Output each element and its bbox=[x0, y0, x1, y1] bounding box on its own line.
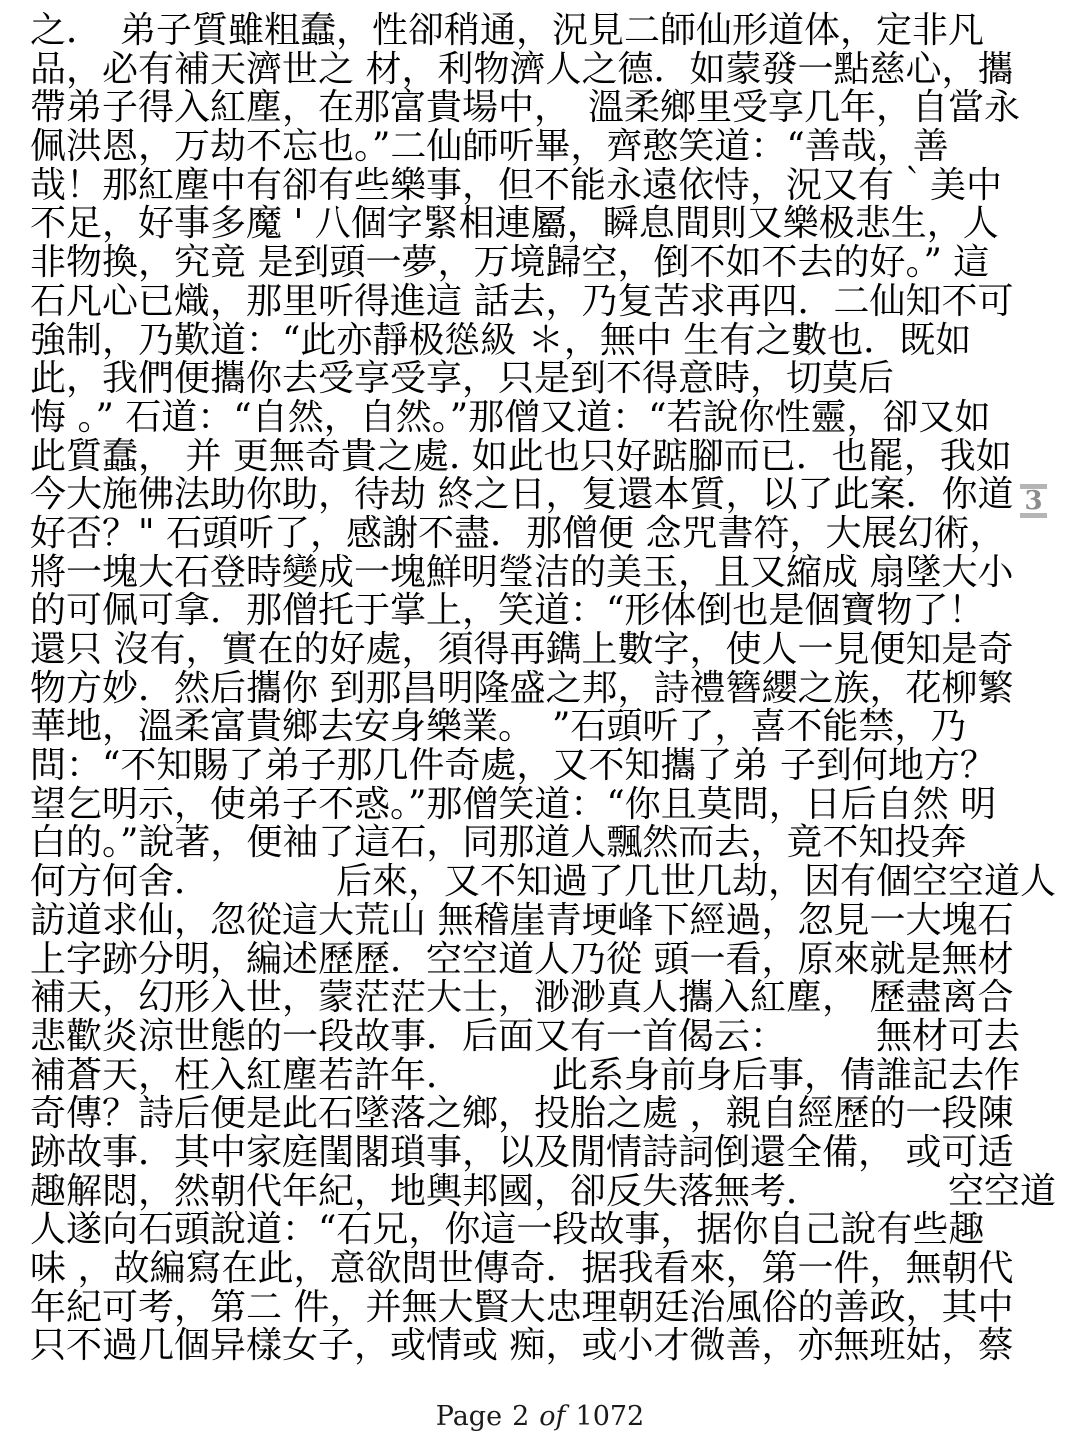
text-line: 還只 沒有，實在的好處，須得再鐫上數字，使人一見便知是奇 bbox=[30, 631, 1060, 670]
page-text: 之． 弟子質雖粗蠢，性卻稍通，況見二師仙形道体，定非凡品，必有補天濟世之 材，利… bbox=[30, 12, 1060, 1366]
text-line: 問：“不知賜了弟子那几件奇處，又不知攜了弟 子到何地方？ bbox=[30, 747, 1060, 786]
text-line: 將一塊大石登時變成一塊鮮明瑩洁的美玉，且又縮成 扇墜大小 bbox=[30, 554, 1060, 593]
text-line: 佩洪恩，万劫不忘也。”二仙師听畢，齊憨笑道：“善哉，善 bbox=[30, 128, 1060, 167]
text-line: 望乞明示，使弟子不惑。”那僧笑道：“你且莫問，日后自然 明 bbox=[30, 786, 1060, 825]
text-line: 的可佩可拿．那僧托于掌上，笑道：“形体倒也是個寶物了！ bbox=[30, 592, 1060, 631]
text-line: 此，我們便攜你去受享受享，只是到不得意時，切莫后 bbox=[30, 360, 1060, 399]
text-line: 悲歡炎涼世態的一段故事．后面又有一首偈云： 無材可去 bbox=[30, 1018, 1060, 1057]
page-footer: Page2of1072 bbox=[0, 1401, 1080, 1432]
text-line: 華地，溫柔富貴鄉去安身樂業。 ”石頭听了，喜不能禁，乃 bbox=[30, 708, 1060, 747]
text-line: 今大施佛法助你助，待劫 終之日，复還本質，以了此案．你道 bbox=[30, 476, 1060, 515]
footer-page-label: Page bbox=[436, 1401, 502, 1432]
text-line: 強制，乃歎道：“此亦靜极慫級 ＊，無中 生有之數也．既如 bbox=[30, 322, 1060, 361]
text-line: 上字跡分明，編述歷歷．空空道人乃從 頭一看，原來就是無材 bbox=[30, 941, 1060, 980]
text-line: 跡故事．其中家庭閨閣瑣事，以及閒情詩詞倒還全備， 或可适 bbox=[30, 1134, 1060, 1173]
text-line: 人遂向石頭說道：“石兄，你這一段故事，据你自己說有些趣 bbox=[30, 1211, 1060, 1250]
text-line: 補天，幻形入世，蒙茫茫大士，渺渺真人攜入紅塵， 歷盡离合 bbox=[30, 979, 1060, 1018]
book-page: 之． 弟子質雖粗蠢，性卻稍通，況見二師仙形道体，定非凡品，必有補天濟世之 材，利… bbox=[0, 0, 1080, 1440]
text-line: 趣解悶，然朝代年紀，地輿邦國，卻反失落無考． 空空道 bbox=[30, 1173, 1060, 1212]
text-line: 不足，好事多魔 ' 八個字緊相連屬，瞬息間則又樂极悲生，人 bbox=[30, 205, 1060, 244]
text-line: 味 ，故編寫在此，意欲問世傳奇．据我看來，第一件，無朝代 bbox=[30, 1250, 1060, 1289]
footnote-marker[interactable]: 3 bbox=[1020, 484, 1047, 518]
text-line: 只不過几個异樣女子，或情或 痴，或小才微善，亦無班姑，蔡 bbox=[30, 1327, 1060, 1366]
text-line: 訪道求仙，忽從這大荒山 無稽崖青埂峰下經過，忽見一大塊石 bbox=[30, 902, 1060, 941]
text-line: 白的。”說著，便袖了這石，同那道人飄然而去，竟不知投奔 bbox=[30, 824, 1060, 863]
text-line: 品，必有補天濟世之 材，利物濟人之德．如蒙發一點慈心，攜 bbox=[30, 51, 1060, 90]
text-line: 之． 弟子質雖粗蠢，性卻稍通，況見二師仙形道体，定非凡 bbox=[30, 12, 1060, 51]
footer-of-word: of bbox=[539, 1401, 565, 1432]
text-line: 好否？" 石頭听了，感謝不盡．那僧便 念咒書符，大展幻術， bbox=[30, 515, 1060, 554]
text-line: 何方何舍． 后來，又不知過了几世几劫，因有個空空道人 bbox=[30, 863, 1060, 902]
footer-total-pages: 1072 bbox=[576, 1401, 645, 1432]
text-line: 非物換，究竟 是到頭一夢，万境歸空，倒不如不去的好。” 這 bbox=[30, 244, 1060, 283]
text-line: 帶弟子得入紅塵，在那富貴場中， 溫柔鄉里受享几年，自當永 bbox=[30, 89, 1060, 128]
text-line: 此質蠢， 并 更無奇貴之處. 如此也只好踮腳而已．也罷，我如 bbox=[30, 438, 1060, 477]
text-line: 補蒼天，枉入紅塵若許年． 此系身前身后事，倩誰記去作 bbox=[30, 1057, 1060, 1096]
text-line: 石凡心已熾，那里听得進這 話去，乃复苦求再四．二仙知不可 bbox=[30, 283, 1060, 322]
text-line: 悔 。” 石道：“自然，自然。”那僧又道：“若說你性靈，卻又如 bbox=[30, 399, 1060, 438]
text-line: 哉！那紅塵中有卻有些樂事，但不能永遠依恃，況又有｀美中 bbox=[30, 167, 1060, 206]
text-line: 年紀可考，第二 件，并無大賢大忠理朝廷治風俗的善政，其中 bbox=[30, 1289, 1060, 1328]
footer-page-number: 2 bbox=[512, 1401, 529, 1432]
text-line: 奇傳？詩后便是此石墜落之鄉，投胎之處 ，親自經歷的一段陳 bbox=[30, 1095, 1060, 1134]
text-line: 物方妙．然后攜你 到那昌明隆盛之邦，詩禮簪纓之族，花柳繁 bbox=[30, 670, 1060, 709]
